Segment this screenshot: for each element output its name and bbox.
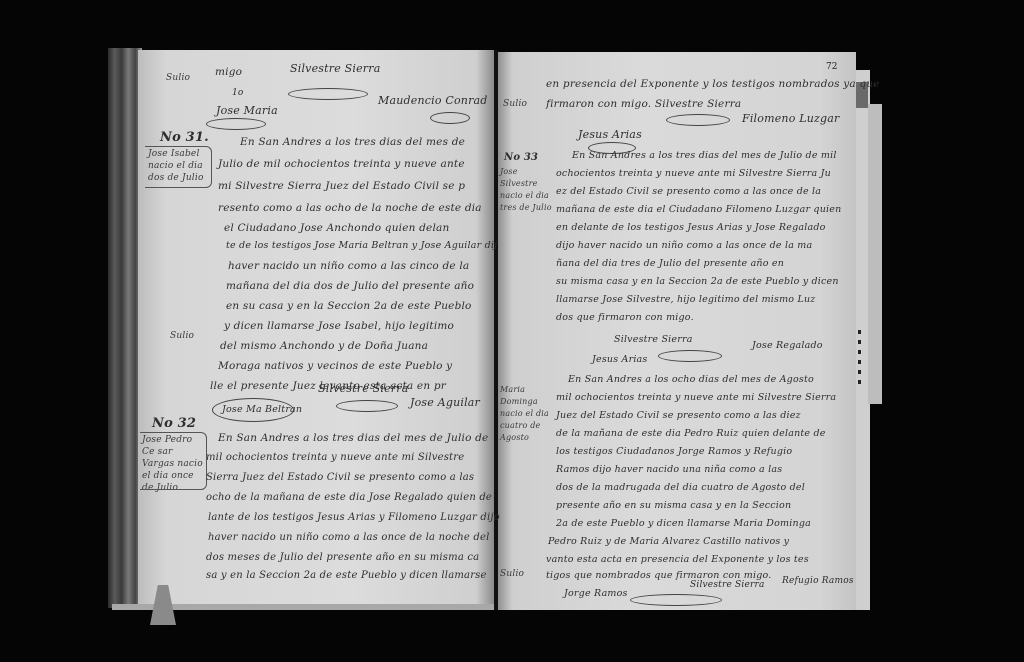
text-line: Pedro Ruiz y de Maria Alvarez Castillo n…	[548, 536, 789, 547]
text-line: ñana del dia tres de Julio del presente …	[556, 258, 784, 269]
entry-number: No 33	[504, 152, 538, 163]
text-line: dos meses de Julio del presente año en s…	[206, 552, 479, 563]
margin-date: Sulio	[500, 568, 524, 580]
text-line: haver nacido un niño como a las once de …	[208, 532, 490, 543]
signature-flourish	[430, 112, 470, 124]
signature: Silvestre Sierra	[290, 62, 380, 75]
text-line: Juez del Estado Civil se presento como a…	[556, 410, 801, 421]
text-line: sa y en la Seccion 2a de este Pueblo y d…	[206, 570, 487, 581]
text-line: en su casa y en la Seccion 2a de este Pu…	[226, 300, 472, 312]
book-spine	[108, 48, 142, 608]
signature-mark: 1o	[232, 88, 244, 98]
signature-flourish	[288, 88, 368, 100]
text-line: En San Andres a los tres dias del mes de…	[218, 432, 488, 444]
entry-number: No 32	[152, 416, 196, 431]
signature: Silvestre Sierra	[690, 580, 765, 590]
text-line: ochocientos treinta y nueve ante mi Silv…	[556, 168, 831, 179]
loose-sheet-edge	[868, 104, 882, 404]
text-line: Moraga nativos y vecinos de este Pueblo …	[218, 360, 452, 372]
signature: Jose Aguilar	[410, 396, 480, 409]
text-line: del mismo Anchondo y de Doña Juana	[220, 340, 428, 352]
text-line: dos que firmaron con migo.	[556, 312, 694, 323]
margin-note-bracket	[140, 432, 207, 490]
text-line: vanto esta acta en presencia del Exponen…	[546, 554, 809, 565]
text-line: En San Andres a los tres dias del mes de	[240, 136, 465, 148]
margin-date: Sulio	[166, 72, 190, 84]
text-line: los testigos Ciudadanos Jorge Ramos y Re…	[556, 446, 792, 457]
text-line: En San Andres a los tres dias del mes de…	[572, 150, 837, 161]
page-number: 72	[826, 62, 837, 72]
signature: Refugio Ramos	[782, 576, 854, 586]
signature-flourish	[666, 114, 730, 126]
signature: Silvestre Sierra	[614, 334, 693, 345]
edge-mark	[858, 330, 861, 334]
text-line: en presencia del Exponente y los testigo…	[546, 78, 880, 90]
signature: Silvestre Sierra	[318, 382, 408, 395]
text-line: mi Silvestre Sierra Juez del Estado Civi…	[218, 180, 465, 192]
text-line: en delante de los testigos Jesus Arias y…	[556, 222, 826, 233]
text-line: ocho de la mañana de este dia Jose Regal…	[206, 492, 492, 503]
edge-mark	[858, 370, 861, 374]
text-line: haver nacido un niño como a las cinco de…	[228, 260, 469, 272]
text-line: dos de la madrugada del dia cuatro de Ag…	[556, 482, 805, 493]
text-line: resento como a las ocho de la noche de e…	[218, 202, 482, 214]
edge-mark	[858, 380, 861, 384]
signature: Maudencio Conrad	[378, 94, 488, 107]
signature-flourish	[212, 398, 294, 422]
text-line: Sierra Juez del Estado Civil se presento…	[206, 472, 474, 483]
edge-mark	[858, 350, 861, 354]
margin-date: Sulio	[503, 98, 527, 110]
text-line: de la mañana de este dia Pedro Ruiz quie…	[556, 428, 826, 439]
signature: Jose Maria	[216, 104, 278, 117]
signature-flourish	[206, 118, 266, 130]
text-line: dijo haver nacido un niño como a las onc…	[556, 240, 812, 251]
text-line: Julio de mil ochocientos treinta y nueve…	[218, 158, 465, 170]
entry-number: No 31.	[160, 130, 209, 145]
text-line: firmaron con migo. Silvestre Sierra	[546, 98, 741, 110]
text-line: te de los testigos Jose Maria Beltran y …	[226, 240, 497, 251]
signature: Jesus Arias	[592, 354, 648, 365]
text-line: su misma casa y en la Seccion 2a de este…	[556, 276, 839, 287]
text-line: ez del Estado Civil se presento como a l…	[556, 186, 821, 197]
margin-note-bracket	[145, 146, 212, 188]
text-line: mil ochocientos treinta y nueve ante mi …	[556, 392, 836, 403]
text-line: Ramos dijo haver nacido una niña como a …	[556, 464, 782, 475]
signature: Jose Regalado	[752, 340, 823, 351]
text-line: y dicen llamarse Jose Isabel, hijo legit…	[224, 320, 454, 332]
signature: Jorge Ramos	[564, 588, 628, 599]
text-line: mañana de este dia el Ciudadano Filomeno…	[556, 204, 841, 215]
signature-flourish	[630, 594, 722, 606]
text-line: el Ciudadano Jose Anchondo quien delan	[224, 222, 449, 234]
text-line: presente año en su misma casa y en la Se…	[556, 500, 791, 511]
margin-date: Sulio	[170, 330, 194, 342]
signature-flourish	[658, 350, 722, 362]
text-line: llamarse Jose Silvestre, hijo legitimo d…	[556, 294, 815, 305]
entry-margin-note: Jose Silvestre nacio el dia tres de Juli…	[500, 166, 552, 214]
text-line: mil ochocientos treinta y nueve ante mi …	[206, 452, 464, 463]
edge-mark	[858, 360, 861, 364]
signature: Filomeno Luzgar	[742, 112, 839, 125]
signature: Jesus Arias	[578, 128, 642, 141]
edge-mark	[858, 340, 861, 344]
signature-flourish	[336, 400, 398, 412]
text-line: lante de los testigos Jesus Arias y Filo…	[208, 512, 500, 523]
text-line: 2a de este Pueblo y dicen llamarse Maria…	[556, 518, 811, 529]
entry-margin-note: Maria Dominga nacio el dia cuatro de Ago…	[500, 384, 552, 444]
closing-word: migo	[215, 66, 242, 78]
text-line: En San Andres a los ocho dias del mes de…	[568, 374, 814, 385]
text-line: mañana del dia dos de Julio del presente…	[226, 280, 474, 292]
